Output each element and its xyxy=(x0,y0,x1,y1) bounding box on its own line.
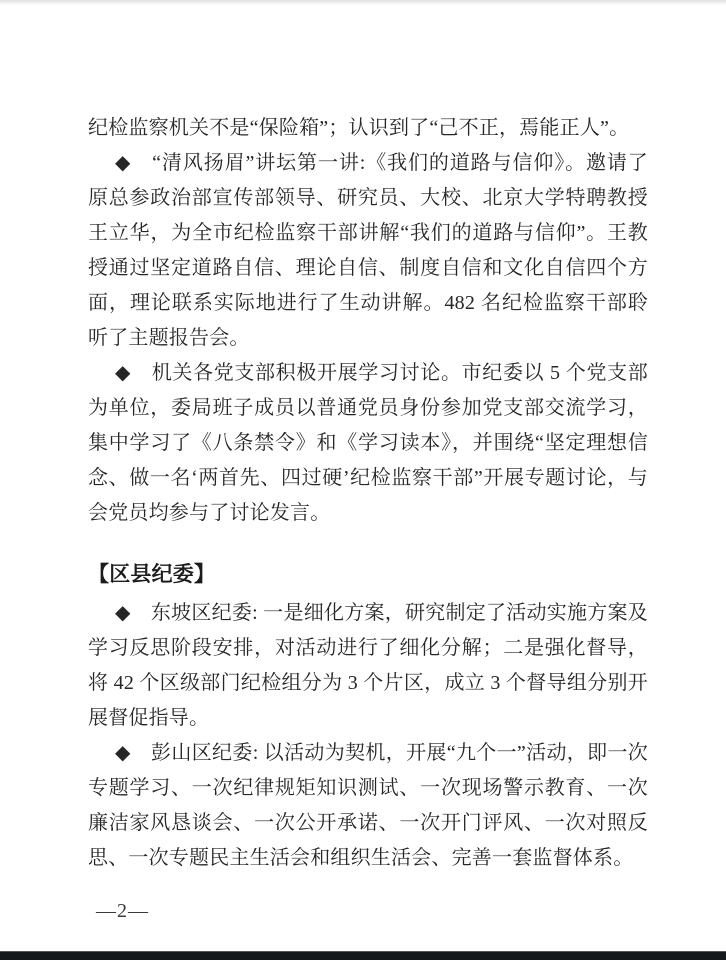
page-number: —2— xyxy=(96,899,149,923)
paragraph: ◆ 东坡区纪委: 一是细化方案，研究制定了活动实施方案及学习反思阶段安排，对活动… xyxy=(88,596,648,736)
paragraph: 纪检监察机关不是“保险箱”；认识到了“己不正，焉能正人”。 xyxy=(88,111,648,146)
paragraph: ◆ “清风扬眉”讲坛第一讲:《我们的道路与信仰》。邀请了原总参政治部宣传部领导、… xyxy=(88,146,648,356)
section-heading: 【区县纪委】 xyxy=(88,557,648,592)
scan-top-edge xyxy=(0,0,726,5)
document-body: 纪检监察机关不是“保险箱”；认识到了“己不正，焉能正人”。◆ “清风扬眉”讲坛第… xyxy=(88,111,648,876)
paragraph: ◆ 彭山区纪委: 以活动为契机，开展“九个一”活动，即一次专题学习、一次纪律规矩… xyxy=(88,736,648,876)
paragraph: ◆ 机关各党支部积极开展学习讨论。市纪委以 5 个党支部为单位，委局班子成员以普… xyxy=(88,356,648,531)
scan-bottom-edge xyxy=(0,951,726,960)
